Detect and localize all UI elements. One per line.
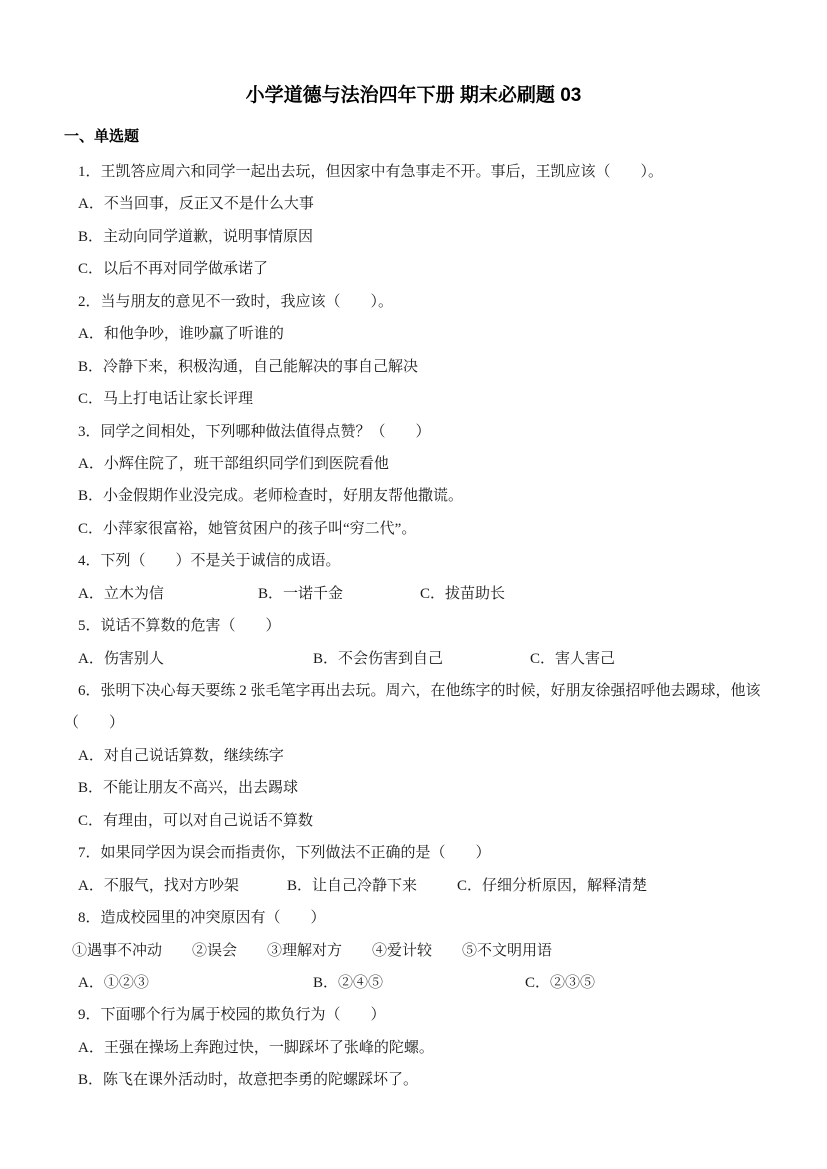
question-7-options-row: A．不服气，找对方吵架 B．让自己冷静下来 C．仔细分析原因，解释清楚 xyxy=(60,870,767,902)
question-3-stem: 3．同学之间相处，下列哪种做法值得点赞？（ ） xyxy=(60,416,767,448)
question-8-stem: 8．造成校园里的冲突原因有（ ） xyxy=(60,902,767,934)
question-1-option-a: A．不当回事，反正又不是什么大事 xyxy=(60,188,767,220)
exam-page: 小学道德与法治四年下册 期末必刷题 03 一、单选题 1．王凯答应周六和同学一起… xyxy=(0,0,827,1169)
question-1-option-c: C．以后不再对同学做承诺了 xyxy=(60,253,767,285)
question-4-stem: 4．下列（ ）不是关于诚信的成语。 xyxy=(60,545,767,577)
question-3-option-c: C．小萍家很富裕，她管贫困户的孩子叫“穷二代”。 xyxy=(60,513,767,545)
question-2-option-b: B．冷静下来，积极沟通，自己能解决的事自己解决 xyxy=(60,351,767,383)
question-6-option-a: A．对自己说话算数，继续练字 xyxy=(60,740,767,772)
question-8-option-b: B．②④⑤ xyxy=(313,967,383,999)
question-8-option-c: C．②③⑤ xyxy=(525,967,595,999)
question-6-option-b: B．不能让朋友不高兴，出去踢球 xyxy=(60,772,767,804)
question-7-option-a: A．不服气，找对方吵架 xyxy=(78,870,239,902)
question-6-option-c: C．有理由，可以对自己说话不算数 xyxy=(60,805,767,837)
question-5-option-c: C．害人害己 xyxy=(530,643,615,675)
document-content: 小学道德与法治四年下册 期末必刷题 03 一、单选题 1．王凯答应周六和同学一起… xyxy=(60,0,767,1097)
question-4-options-row: A．立木为信 B．一诺千金 C．拔苗助长 xyxy=(60,578,767,610)
question-list: 1．王凯答应周六和同学一起出去玩，但因家中有急事走不开。事后，王凯应该（ ）。 … xyxy=(60,156,767,1097)
question-3-option-a: A．小辉住院了，班干部组织同学们到医院看他 xyxy=(60,448,767,480)
question-9-stem: 9．下面哪个行为属于校园的欺负行为（ ） xyxy=(60,999,767,1031)
question-2-option-c: C．马上打电话让家长评理 xyxy=(60,383,767,415)
question-6-stem-continuation: （ ） xyxy=(60,707,767,739)
section-heading: 一、单选题 xyxy=(60,126,767,148)
question-6-stem: 6．张明下决心每天要练 2 张毛笔字再出去玩。周六，在他练字的时候，好朋友徐强招… xyxy=(60,675,767,707)
question-5-option-b: B．不会伤害到自己 xyxy=(313,643,443,675)
question-7-option-c: C．仔细分析原因，解释清楚 xyxy=(457,870,647,902)
question-1-option-b: B．主动向同学道歉，说明事情原因 xyxy=(60,221,767,253)
question-8-options-row: A．①②③ B．②④⑤ C．②③⑤ xyxy=(60,967,767,999)
question-5-option-a: A．伤害别人 xyxy=(78,643,164,675)
question-4-option-a: A．立木为信 xyxy=(78,578,164,610)
question-7-option-b: B．让自己冷静下来 xyxy=(287,870,417,902)
question-4-option-b: B．一诺千金 xyxy=(258,578,343,610)
question-8-items: ①遇事不冲动 ②误会 ③理解对方 ④爱计较 ⑤不文明用语 xyxy=(60,935,767,967)
question-9-option-a: A．王强在操场上奔跑过快，一脚踩坏了张峰的陀螺。 xyxy=(60,1032,767,1064)
question-9-option-b: B．陈飞在课外活动时，故意把李勇的陀螺踩坏了。 xyxy=(60,1064,767,1096)
question-2-option-a: A．和他争吵，谁吵赢了听谁的 xyxy=(60,318,767,350)
question-7-stem: 7．如果同学因为误会而指责你，下列做法不正确的是（ ） xyxy=(60,837,767,869)
question-5-options-row: A．伤害别人 B．不会伤害到自己 C．害人害己 xyxy=(60,643,767,675)
question-8-option-a: A．①②③ xyxy=(78,967,149,999)
question-2-stem: 2．当与朋友的意见不一致时，我应该（ ）。 xyxy=(60,286,767,318)
question-4-option-c: C．拔苗助长 xyxy=(420,578,505,610)
question-5-stem: 5．说话不算数的危害（ ） xyxy=(60,610,767,642)
question-1-stem: 1．王凯答应周六和同学一起出去玩，但因家中有急事走不开。事后，王凯应该（ ）。 xyxy=(60,156,767,188)
question-3-option-b: B．小金假期作业没完成。老师检查时，好朋友帮他撒谎。 xyxy=(60,480,767,512)
document-title: 小学道德与法治四年下册 期末必刷题 03 xyxy=(60,84,767,108)
